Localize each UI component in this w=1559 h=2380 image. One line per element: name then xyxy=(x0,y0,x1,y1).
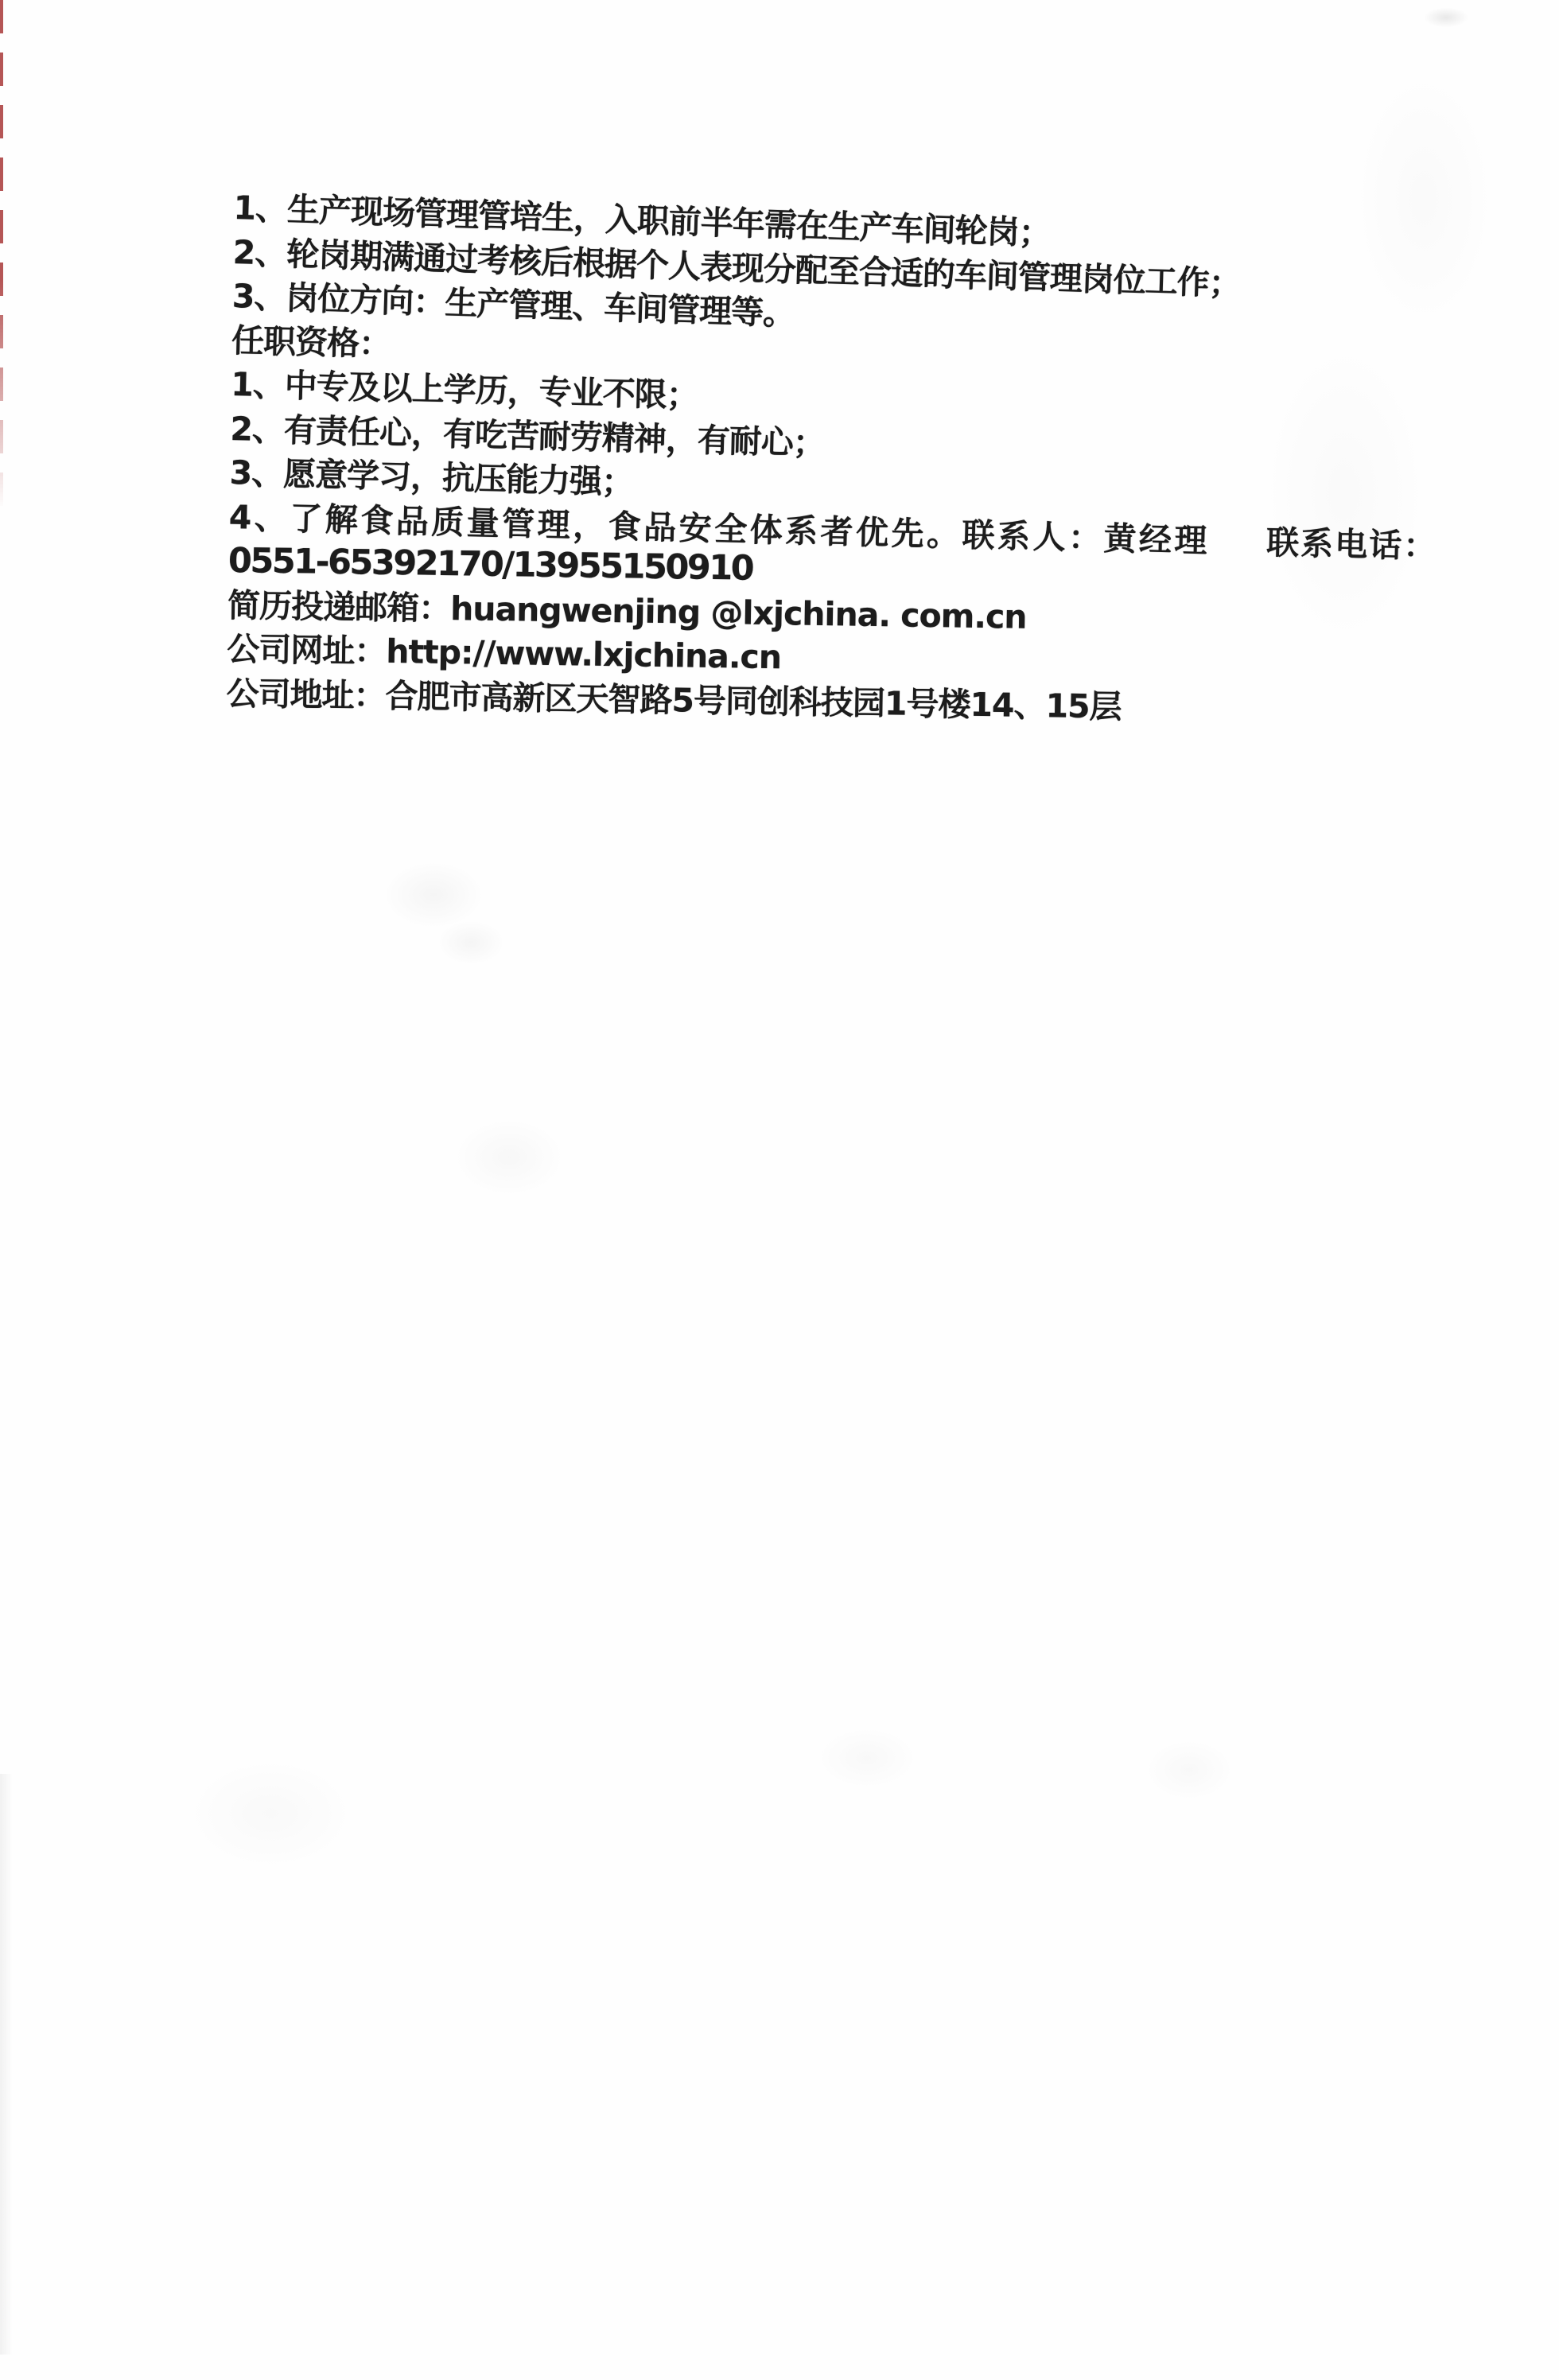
document-text-block: 1、生产现场管理管培生，入职前半年需在生产车间轮岗； 2、轮岗期满通过考核后根据… xyxy=(226,186,1443,733)
resume-email-text: 简历投递邮箱：huangwenjing @lxjchina. com.cn xyxy=(227,585,1027,636)
company-website-text: 公司网址：http://www.lxjchina.cn xyxy=(227,630,781,676)
phone-label-text: 联系电话： xyxy=(1266,523,1438,565)
scan-edge-red-dashes xyxy=(0,0,3,509)
qualification-text-1: 1、中专及以上学历，专业不限； xyxy=(231,365,699,414)
qualifications-heading-text: 任职资格： xyxy=(231,321,391,363)
scanned-document-page: 1、生产现场管理管培生，入职前半年需在生产车间轮岗； 2、轮岗期满通过考核后根据… xyxy=(0,0,1559,2380)
qualification-text-3: 3、愿意学习，抗压能力强； xyxy=(229,453,634,501)
scan-edge-shadow xyxy=(0,1774,13,2355)
